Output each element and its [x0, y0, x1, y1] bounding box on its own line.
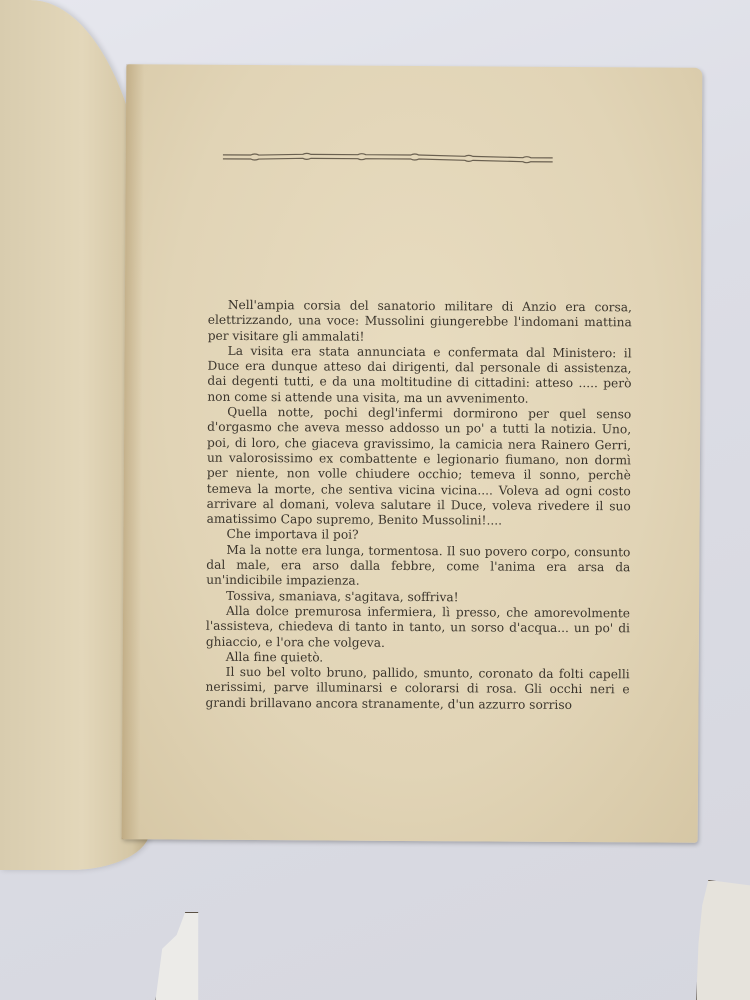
paper-scrap	[696, 880, 750, 1000]
paragraph: Alla dolce premurosa infermiera, lì pres…	[206, 604, 630, 652]
decorative-wavy-rule	[223, 152, 553, 164]
paragraph: Ma la notte era lunga, tormentosa. Il su…	[206, 542, 630, 590]
body-text: Nell'ampia corsia del sanatorio militare…	[205, 298, 632, 714]
paper-scrap	[155, 912, 227, 1000]
book-page: Nell'ampia corsia del sanatorio militare…	[122, 64, 703, 843]
paragraph: Nell'ampia corsia del sanatorio militare…	[208, 298, 632, 346]
paragraph: Il suo bel volto bruno, pallido, smunto,…	[205, 665, 629, 713]
paragraph: La visita era stata annunciata e conferm…	[207, 344, 631, 408]
paragraph: Quella notte, pochi degl'infermi dormiro…	[207, 405, 632, 530]
